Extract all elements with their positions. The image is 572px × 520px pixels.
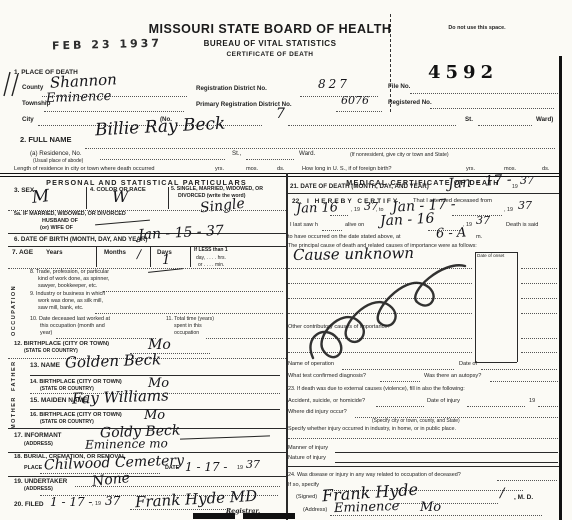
date-of-birth-handwriting: Jan - 15 - 37 [138, 224, 224, 242]
field-divider [86, 187, 87, 209]
undertaker-address-label: (ADDRESS) [24, 487, 53, 492]
dotted-rule [521, 282, 557, 284]
dotted-rule [100, 158, 225, 160]
yrs-label: yrs. [215, 167, 224, 173]
accident-label: Accident, suicide, or homicide? [288, 399, 365, 405]
field-divider [190, 247, 191, 267]
field-divider [96, 247, 97, 267]
mother-name-handwriting: Fay Williams [72, 388, 169, 406]
where-injury-label: Where did injury occur? [288, 410, 347, 416]
dotted-rule [380, 380, 420, 382]
dotted-rule [467, 405, 525, 407]
occ11-line3: occupation [174, 331, 199, 336]
months-pen-mark: ∕ [137, 248, 141, 260]
father-name-label: 13. NAME [30, 363, 60, 370]
signed-label: (Signed) [296, 495, 317, 501]
mos-label: mos. [246, 167, 258, 173]
related-occupation-label: 24. Was disease or injury in any way rel… [288, 473, 461, 478]
dotted-rule [330, 214, 348, 216]
dotted-rule [288, 437, 558, 439]
occ9-line3: saw mill, bank, etc. [38, 306, 84, 311]
nonresident-note: (If nonresident, give city or town and S… [350, 153, 449, 158]
residence-label: (a) Residence, No. [30, 151, 82, 157]
file-number: 4592 [428, 62, 498, 83]
full-name-label: 2. FULL NAME [20, 136, 72, 144]
dotted-rule [521, 297, 557, 299]
informant-label: 17. INFORMANT [14, 433, 61, 439]
printed-19: , 19 [504, 208, 513, 213]
filed-label: 20. FILED [14, 502, 44, 509]
full-name-handwriting: Billie Ray Beck [95, 116, 226, 140]
occ11-line1: 11. Total time (years) [166, 317, 214, 322]
township-handwriting: Eminence [46, 90, 112, 105]
rule [8, 476, 286, 477]
autopsy-label: Was there an autopsy? [424, 374, 481, 380]
address-label: (Address) [303, 508, 327, 514]
undertaker-label: 19. UNDERTAKER [14, 479, 67, 485]
rule [335, 462, 558, 463]
ds-label: ds. [542, 167, 549, 173]
dotted-rule [288, 124, 456, 126]
undertaker-handwriting: None [91, 471, 130, 489]
dotted-rule [490, 380, 558, 382]
dotted-rule [85, 147, 555, 149]
rule [288, 466, 559, 467]
age-days-handwriting: 1 [162, 254, 170, 267]
st-label: St. [465, 117, 473, 123]
external-causes-label: 23. If death was due to external causes … [288, 387, 465, 392]
burial-year-handwriting: 37 [246, 459, 260, 470]
occ9-line1: 9. Industry or business in which [30, 292, 105, 297]
printed-19: 19 [237, 466, 243, 471]
ward-label: Ward) [536, 117, 553, 123]
if-less-note-1: If LESS than 1 [194, 248, 228, 253]
pen-mark [0, 70, 20, 98]
m-label: m. [476, 235, 482, 241]
father-name-handwriting: Golden Beck [65, 352, 162, 370]
rule [335, 452, 558, 453]
filed-date-handwriting: 1 - 17 - [50, 496, 92, 508]
registration-district-handwriting: 827 [318, 78, 350, 90]
father-birthplace-label: 14. BIRTHPLACE (CITY OR TOWN) [30, 380, 122, 386]
burial-date-label: DATE [165, 466, 179, 471]
occ8-line2: kind of work done, as spinner, [38, 277, 109, 282]
header-divider [390, 14, 391, 112]
wife-of-label: (or) WIFE OF [40, 226, 73, 231]
death-certificate-scan: FEB 23 1937 MISSOURI STATE BOARD OF HEAL… [0, 0, 572, 520]
nature-of-injury-label: Nature of injury [288, 456, 326, 462]
occ10-line1: 10. Date deceased last worked at [30, 317, 110, 322]
occ10-line2: this occupation (month and [40, 324, 105, 329]
dotted-rule [246, 158, 294, 160]
rule [288, 193, 559, 194]
husband-of-label: HUSBAND OF [42, 219, 78, 224]
occ10-line3: year) [40, 331, 52, 336]
state-country-note: (STATE OR COUNTRY) [40, 420, 94, 425]
color-race-handwriting: W [112, 189, 128, 205]
burial-place-handwriting: Chilwood Cemetery [44, 454, 184, 473]
year-handwriting: 37 [476, 215, 490, 226]
occ8-line3: sawyer, bookkeeper, etc. [38, 284, 97, 289]
date-of-birth-label: 6. DATE OF BIRTH (MONTH, DAY, AND YEAR) [14, 237, 147, 243]
if-so-specify-label: If so, specify [288, 483, 319, 489]
yrs-label: yrs. [466, 167, 475, 173]
primary-district-handwriting: 6076 [341, 95, 369, 106]
birthplace-label: 12. BIRTHPLACE (CITY OR TOWN) [14, 342, 109, 348]
abode-note: (Usual place of abode) [33, 159, 83, 164]
last-saw-date-handwriting: Jan - 16 [380, 212, 435, 229]
if-less-note-2: day, . . . . hrs. [196, 256, 226, 261]
dotted-rule [44, 110, 184, 112]
dotted-rule [330, 514, 542, 516]
ds-label: ds. [277, 167, 284, 173]
bureau-subtitle: BUREAU OF VITAL STATISTICS [120, 39, 420, 48]
age-label: 7. AGE [12, 250, 33, 257]
rule [8, 246, 286, 247]
dotted-rule [521, 337, 557, 339]
dotted-rule [521, 312, 557, 314]
column-divider [286, 173, 288, 520]
dotted-rule [376, 405, 424, 407]
certificate-subtitle: CERTIFICATE OF DEATH [120, 51, 420, 58]
illegible-scrawl-handwriting [295, 246, 495, 366]
printed-19: 19 [529, 399, 535, 405]
filed-year-handwriting: 37 [105, 495, 120, 507]
residence-st-label: St., [232, 151, 241, 157]
married-to-label: 5a. IF MARRIED, WIDOWED, OR DIVORCED [14, 212, 126, 217]
dotted-rule [481, 368, 557, 370]
dotted-rule [342, 368, 454, 370]
scan-artifact [243, 513, 295, 519]
occ8-line1: 8. Trade, profession, or particular [30, 270, 109, 275]
residence-ward-label: Ward. [299, 151, 315, 157]
last-saw-label: I last saw h [290, 223, 318, 229]
burial-place-label: PLACE [24, 466, 42, 471]
informant-address-label: (ADDRESS) [24, 442, 53, 447]
form-header: MISSOURI STATE BOARD OF HEALTH BUREAU OF… [120, 22, 420, 58]
field-divider [150, 247, 151, 267]
length-of-residence-label: Length of residence in city or town wher… [14, 167, 155, 173]
injury-date-label: Date of injury [427, 399, 460, 405]
mother-birthplace-handwriting: Mo [144, 409, 165, 422]
registered-no-label: Registered No. [388, 100, 432, 106]
dotted-rule [497, 479, 557, 481]
pen-dash [95, 220, 150, 226]
dotted-rule [410, 92, 558, 94]
death-year-handwriting: 37 [520, 175, 534, 186]
file-no-label: File No. [388, 84, 410, 90]
burial-date-handwriting: 1 - 17 - [185, 461, 227, 473]
sex-handwriting: M [31, 188, 50, 207]
informant-address-handwriting: Eminence mo [85, 437, 168, 450]
occurred-at-label: to have occurred on the date stated abov… [288, 235, 401, 241]
city-pen-mark: 7 [276, 107, 285, 121]
date-of-death-label: 21. DATE OF DEATH (MONTH, DAY, AND YEAR) [290, 184, 429, 190]
test-label: What test confirmed diagnosis? [288, 374, 366, 380]
death-said-label: Death is said [506, 223, 538, 229]
specify-city-note: (Specify city or town, county, and State… [372, 419, 460, 424]
occupation-vertical-label: OCCUPATION [11, 285, 17, 336]
hour-handwriting: 6 - A [436, 226, 467, 240]
registration-district-label: Registration District No. [196, 86, 267, 92]
registrar-signature-handwriting: Frank Hyde MD [135, 489, 258, 510]
marital-label-1: 5. SINGLE, MARRIED, WIDOWED, OR [171, 187, 263, 192]
operation-label: Name of operation [288, 362, 334, 368]
dotted-rule [398, 502, 498, 504]
printed-19: , 19 [351, 208, 360, 213]
county-handwriting: Shannon [50, 72, 118, 90]
dotted-rule [430, 107, 554, 109]
physician-state-handwriting: Mo [420, 501, 441, 514]
occ9-line2: work was done, as silk mill, [38, 299, 103, 304]
how-long-us-label: How long in U. S., if of foreign birth? [302, 167, 392, 173]
dotted-rule [521, 267, 557, 269]
do-not-use-note: Do not use this space. [402, 26, 552, 31]
months-label: Months [104, 250, 126, 256]
dotted-rule [538, 405, 558, 407]
board-title: MISSOURI STATE BOARD OF HEALTH [120, 22, 420, 36]
dotted-rule [478, 124, 532, 126]
mother-vertical-label: MOTHER [11, 396, 17, 429]
dotted-rule [336, 110, 382, 112]
scan-edge-line [559, 56, 562, 520]
mother-birthplace-label: 16. BIRTHPLACE (CITY OR TOWN) [30, 413, 122, 419]
pen-dash [180, 435, 270, 439]
alive-on-label: alive on [345, 223, 364, 229]
scan-artifact [193, 513, 235, 519]
filed-19-label: , 19 [92, 502, 101, 507]
md-label: , M. D. [514, 495, 533, 502]
marital-handwriting: Single [199, 197, 245, 216]
year-handwriting: 37 [518, 200, 532, 211]
onset-box-right [517, 252, 518, 362]
specify-where-label: Specify whether injury occurred in indus… [288, 427, 456, 432]
date-of-label: Date of [459, 362, 477, 368]
years-label: Years [46, 250, 63, 256]
dotted-rule [95, 312, 283, 314]
dotted-rule [322, 229, 342, 231]
dotted-rule [130, 508, 230, 510]
father-vertical-label: FATHER [11, 360, 17, 391]
dotted-rule [521, 351, 557, 353]
city-label: City [22, 117, 34, 123]
manner-of-injury-label: Manner of injury [288, 446, 328, 452]
occ11-line2: spent in this [174, 324, 202, 329]
field-divider [168, 187, 169, 209]
physician-address-handwriting: Eminence [334, 500, 400, 515]
county-label: County [22, 85, 43, 91]
dotted-rule [206, 337, 283, 339]
printed-19: 19 [512, 185, 518, 190]
pen-mark: ∕ [500, 487, 504, 500]
dotted-rule [103, 290, 283, 292]
date-of-death-handwriting: Jan - 17 - [448, 173, 512, 191]
dotted-rule [56, 337, 156, 339]
